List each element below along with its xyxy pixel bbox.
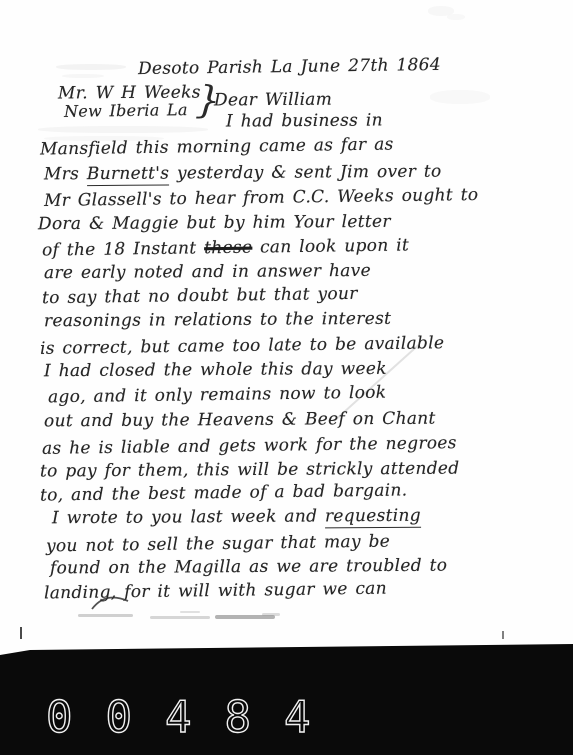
film-counter-digits: 00484 — [46, 696, 343, 740]
line-text: yesterday & sent Jim over to — [169, 162, 441, 184]
smudge-dash — [150, 616, 210, 619]
handwritten-line: you not to sell the sugar that may be — [46, 532, 390, 557]
handwritten-line: out and buy the Heavens & Beef on Chant — [44, 409, 436, 432]
letter-scan-page: Desoto Parish La June 27th 1864 Mr. W H … — [0, 0, 573, 755]
line-text: I wrote to you last week and — [52, 506, 325, 528]
handwritten-line: Mr Glassell's to hear from C.C. Weeks ou… — [44, 185, 479, 211]
smudge-dash — [78, 614, 133, 617]
handwritten-line: found on the Magilla as we are troubled … — [50, 556, 447, 579]
handwritten-line: of the 18 Instant these can look upon it — [42, 235, 409, 260]
handwritten-line: as he is liable and gets work for the ne… — [42, 433, 457, 459]
line-text: Mrs — [44, 164, 87, 184]
handwritten-line: Mrs Burnett's yesterday & sent Jim over … — [44, 162, 442, 185]
smudge — [447, 14, 465, 20]
line-text: can look upon it — [252, 235, 409, 257]
flourish-stroke — [90, 594, 132, 612]
handwritten-line: I wrote to you last week and requesting — [52, 506, 421, 529]
dateline: Desoto Parish La June 27th 1864 — [138, 55, 441, 79]
film-counter-band: 00484 — [0, 640, 573, 755]
smudge-dash — [180, 611, 200, 613]
edge-tick — [20, 627, 22, 639]
smudge — [430, 90, 490, 104]
handwritten-line: reasonings in relations to the interest — [44, 309, 391, 331]
handwritten-line: ago, and it only remains now to look — [48, 383, 387, 408]
addressee-city: New Iberia La — [64, 100, 188, 122]
smudge — [38, 126, 208, 133]
underlined-word: requesting — [325, 506, 421, 529]
handwritten-line: Dora & Maggie but by him Your letter — [38, 212, 391, 234]
line-text: of the 18 Instant — [42, 238, 204, 260]
handwritten-line: to pay for them, this will be strickly a… — [40, 459, 460, 482]
struck-word: these — [204, 238, 252, 259]
opening-line: I had business in — [226, 110, 383, 131]
handwritten-line: is correct, but came too late to be avai… — [40, 333, 445, 359]
underlined-word: Burnett's — [87, 164, 169, 187]
frame-number-tick — [502, 631, 504, 639]
handwritten-line: are early noted and in answer have — [44, 261, 371, 283]
handwritten-line: to, and the best made of a bad bargain. — [40, 480, 408, 505]
smudge — [62, 74, 104, 78]
smudge — [56, 64, 126, 70]
smudge-dash — [262, 613, 280, 616]
handwritten-line: Mansfield this morning came as far as — [40, 135, 394, 160]
handwritten-line: I had closed the whole this day week — [44, 359, 387, 381]
salutation: Dear William — [214, 90, 332, 111]
handwritten-line: to say that no doubt but that your — [42, 284, 358, 308]
